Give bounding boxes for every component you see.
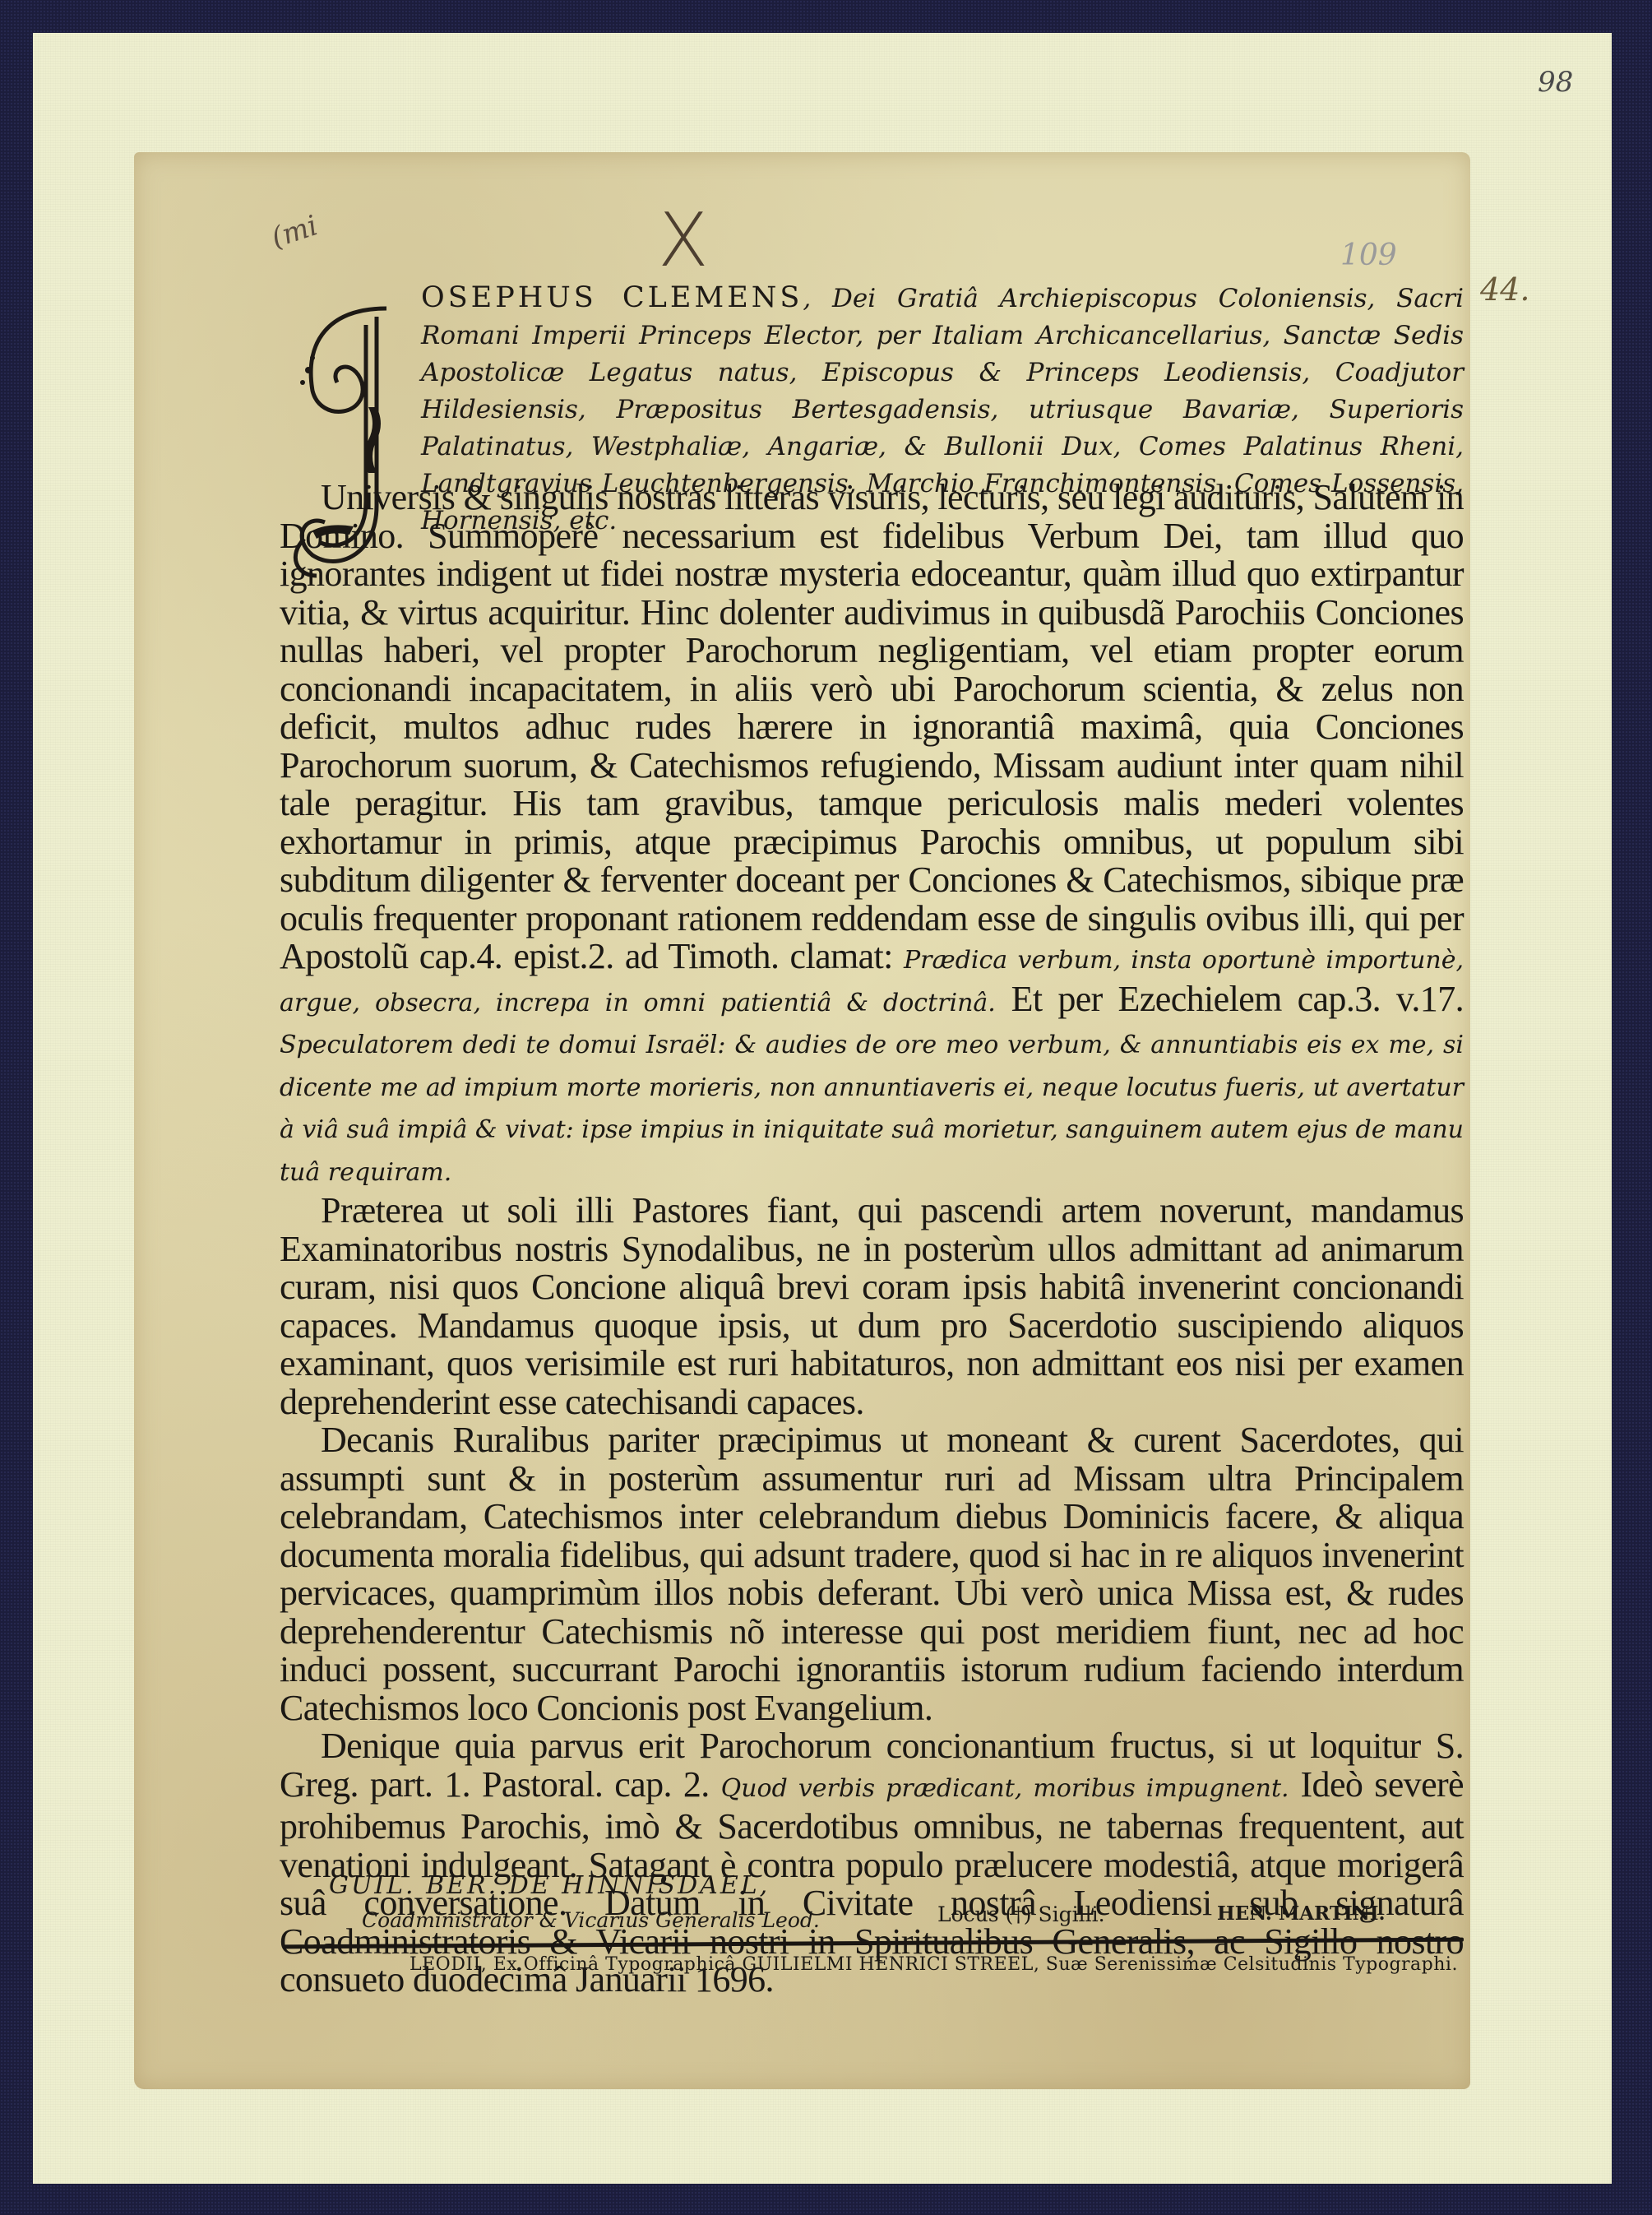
paragraph-1: Universis & singulis nostras litteras vi… <box>280 479 1464 1192</box>
quotation-ezechiel: Speculatorem dedi te domui Israël: & aud… <box>280 1031 1464 1187</box>
handwritten-number-right: 44. <box>1480 271 1529 308</box>
paragraph-1-text: Universis & singulis nostras litteras vi… <box>280 477 1464 976</box>
handwritten-cross-mark: X <box>658 197 709 284</box>
paragraph-2: Præterea ut soli illi Pastores fiant, qu… <box>280 1192 1464 1421</box>
signatory-title: Coadministrator & Vicarius Generalis Leo… <box>362 1908 820 1932</box>
decree-body: Universis & singulis nostras litteras vi… <box>280 479 1464 2000</box>
quotation-gregory: Quod verbis prædicant, moribus impugnent… <box>721 1774 1289 1803</box>
issuer-name: OSEPHUS CLEMENS <box>421 281 803 314</box>
paragraph-3: Decanis Ruralibus pariter præcipimus ut … <box>280 1421 1464 1727</box>
paragraph-1-ezechiel: Et per Ezechielem cap.3. v.17. <box>996 979 1464 1019</box>
folio-number: 98 <box>1538 66 1573 99</box>
secretary-name: HEN. MARTINI. <box>1217 1902 1386 1925</box>
signatory-name: GUIL. BER. DE HINNISDAEL, <box>329 1871 770 1900</box>
seal-location: Locus (†) Sigilli. <box>937 1902 1105 1926</box>
printer-imprint: LEODII, Ex Officinâ Typographicâ GUILIEL… <box>410 1954 1458 1975</box>
faint-pencil-number: 109 <box>1340 239 1397 272</box>
